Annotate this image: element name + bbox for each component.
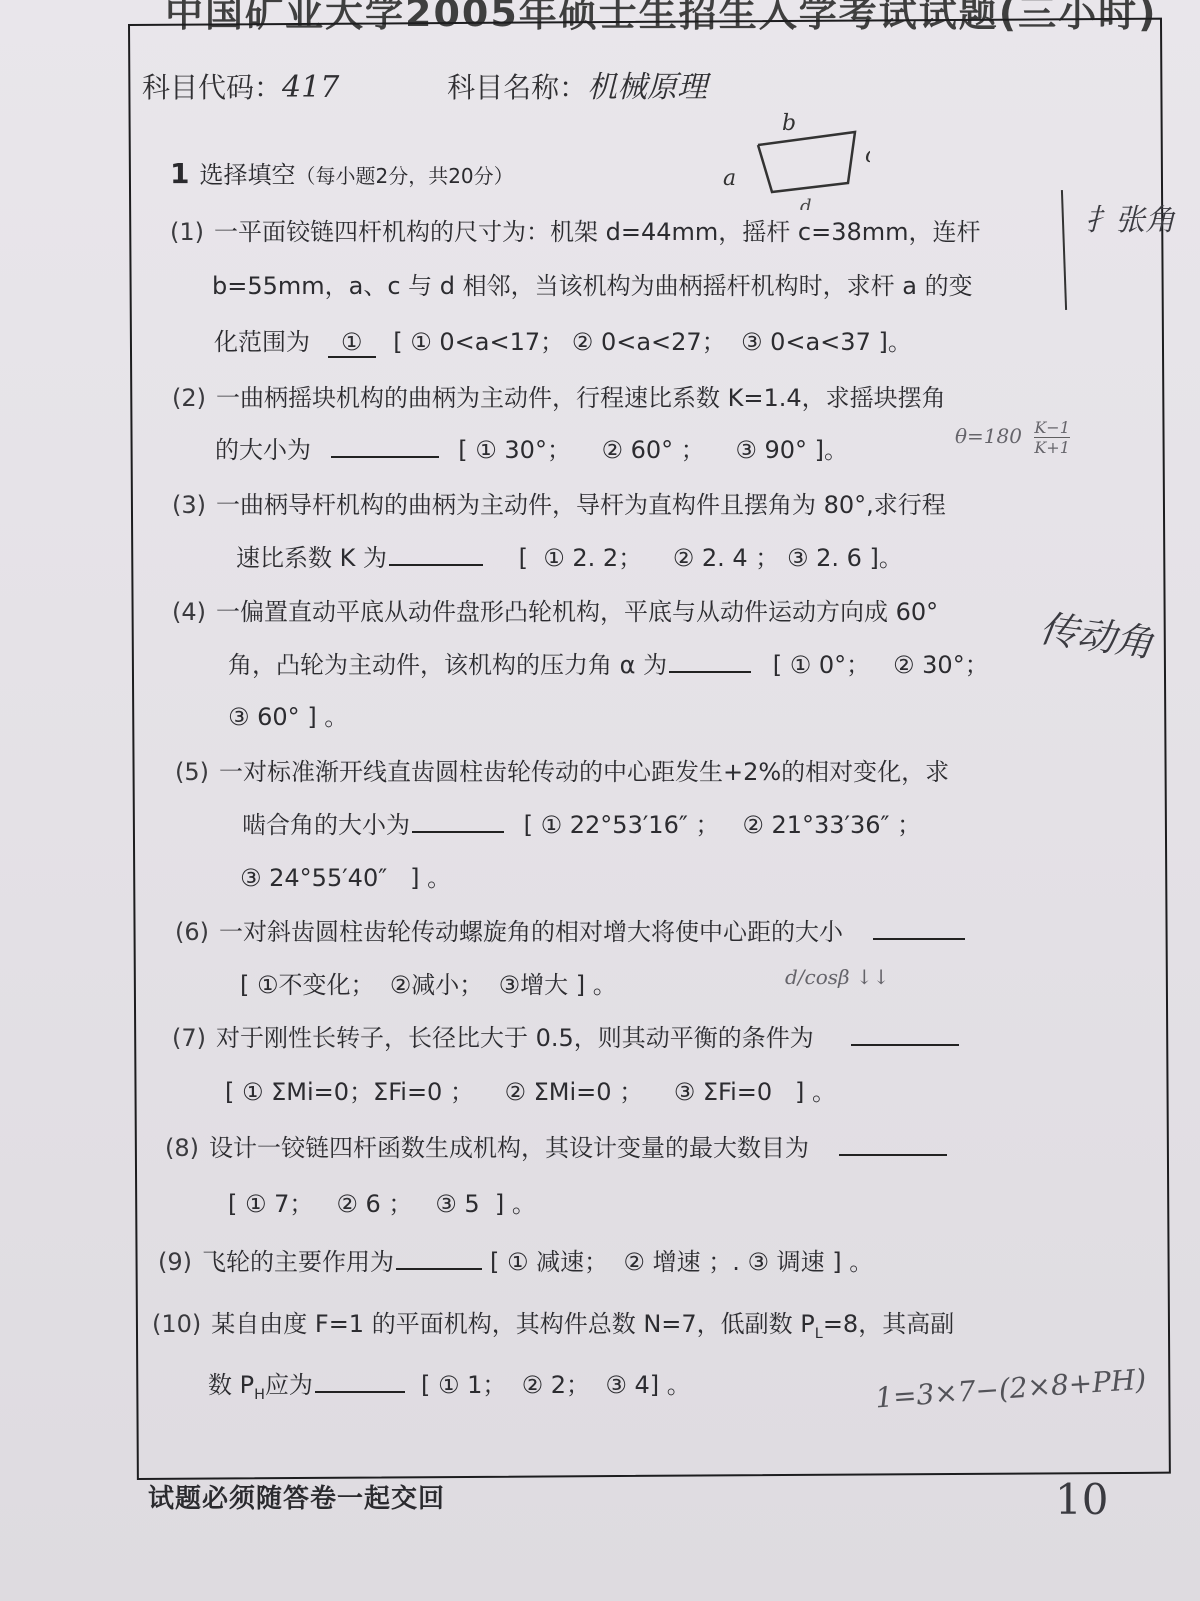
diagram-label-a: a (723, 166, 736, 191)
section-number: 1 (170, 157, 189, 190)
question-9-line-1: (9)飞轮的主要作用为[ ① 减速； ② 增速 ；. ③ 调速 ] 。 (158, 1242, 873, 1277)
question-9-option-1: ① 减速 (507, 1248, 584, 1276)
question-4-line-1: (4)一偏置直动平底从动件盘形凸轮机构，平底与从动件运动方向成 60° (172, 592, 938, 627)
question-8-line-2: [ ① 7； ② 6 ； ③ 5 ] 。 (228, 1184, 536, 1219)
page-number: 10 (1055, 1475, 1108, 1524)
question-7-line-2: [ ① ΣMi=0；ΣFi=0 ； ② ΣMi=0 ； ③ ΣFi=0 ] 。 (225, 1072, 836, 1107)
question-1-option-3: ③ 0<a<37 (741, 328, 871, 356)
question-6-line-2: [ ①不变化； ②减小； ③增大 ] 。 (240, 965, 617, 1000)
question-8-option-3: ③ 5 (435, 1190, 479, 1218)
question-4-option-2: ② 30° (893, 651, 965, 679)
question-1-line-3: 化范围为 ① [ ① 0<a<17； ② 0<a<27； ③ 0<a<37 ]。 (214, 322, 912, 358)
question-7-option-1: ① ΣMi=0；ΣFi=0 (242, 1078, 442, 1106)
four-bar-diagram-icon: b c a d (720, 100, 870, 210)
footer-note: 试题必须随答卷一起交回 (148, 1478, 445, 1515)
question-4-option-1: ① 0° (790, 651, 846, 679)
question-10-option-2: ② 2 (522, 1371, 566, 1399)
diagram-label-b: b (782, 111, 796, 136)
question-7-option-3: ③ ΣFi=0 (674, 1078, 772, 1106)
question-10-answer-blank (315, 1390, 405, 1393)
question-6-option-1: ①不变化 (257, 971, 351, 999)
question-1-line-1: (1)一平面铰链四杆机构的尺寸为：机架 d=44mm，摇杆 c=38mm，连杆 (170, 212, 981, 247)
question-9-answer-blank (396, 1267, 482, 1270)
question-4-line-2: 角，凸轮为主动件，该机构的压力角 α 为 [ ① 0°； ② 30°； (228, 645, 989, 680)
question-4-option-3: ③ 60° (228, 703, 300, 731)
question-3-option-1: ① 2. 2 (543, 544, 618, 572)
diagram-label-c: c (865, 143, 870, 168)
question-8-option-1: ① 7 (245, 1190, 289, 1218)
question-3-option-3: ③ 2. 6 (787, 544, 862, 572)
question-7-option-2: ② ΣMi=0 (505, 1078, 612, 1106)
question-4-line-3: ③ 60° ] 。 (228, 697, 348, 732)
question-4-answer-blank (669, 670, 751, 673)
note-q6: d/cosβ ↓↓ (785, 965, 889, 989)
question-1-option-1: ① 0<a<17 (410, 328, 540, 356)
question-5-option-1: ① 22°53′16″ (541, 811, 688, 839)
question-8-answer-blank (839, 1153, 947, 1156)
question-7-answer-blank (851, 1043, 959, 1046)
question-5-line-3: ③ 24°55′40″ ] 。 (240, 858, 451, 893)
section-title: 1选择填空（每小题2分，共20分） (170, 155, 514, 190)
subject-name-label: 科目名称： (447, 71, 587, 104)
subject-code-value: 417 (282, 70, 339, 105)
question-7-line-1: (7)对于刚性长转子，长径比大于 0.5，则其动平衡的条件为 (172, 1018, 959, 1053)
question-5-answer-blank (412, 830, 504, 833)
question-9-option-2: ② 增速 (623, 1248, 700, 1276)
margin-note-q1: 扌张角 (1085, 195, 1175, 239)
question-6-option-2: ②减小 (390, 971, 460, 999)
question-8-line-1: (8)设计一铰链四杆函数生成机构，其设计变量的最大数目为 (165, 1128, 947, 1163)
question-5-option-2: ② 21°33′36″ (742, 811, 889, 839)
question-10-option-1: ① 1 (438, 1371, 482, 1399)
question-10-line-1: (10)某自由度 F=1 的平面机构，其构件总数 N=7，低副数 PL=8，其高… (152, 1304, 954, 1342)
question-5-line-2: 啮合角的大小为 [ ① 22°53′16″ ； ② 21°33′36″ ； (242, 805, 921, 840)
question-2-line-1: (2)一曲柄摇块机构的曲柄为主动件，行程速比系数 K=1.4，求摇块摆角 (172, 378, 946, 413)
question-2-option-2: ② 60° (601, 436, 673, 464)
question-2-answer-blank (331, 455, 439, 458)
question-3-option-2: ② 2. 4 (673, 544, 748, 572)
question-3-line-2: 速比系数 K 为 [ ① 2. 2； ② 2. 4 ； ③ 2. 6 ]。 (236, 538, 903, 573)
question-3-answer-blank (389, 563, 483, 566)
question-9-option-3: ③ 调速 (747, 1248, 824, 1276)
question-5-option-3: ③ 24°55′40″ (240, 864, 387, 892)
question-2-option-1: ① 30° (475, 436, 547, 464)
section-note: （每小题2分，共20分） (295, 164, 513, 188)
subject-code-label: 科目代码： (142, 71, 282, 104)
question-3-line-1: (3)一曲柄导杆机构的曲柄为主动件，导杆为直构件且摆角为 80°,求行程 (172, 485, 946, 520)
question-1-option-2: ② 0<a<27 (572, 328, 702, 356)
question-10-option-3: ③ 4 (605, 1371, 649, 1399)
question-8-option-2: ② 6 (336, 1190, 380, 1218)
formula-q2: θ=180 K−1 K+1 (955, 418, 1070, 457)
question-1-answer-blank: ① (328, 328, 376, 358)
question-5-line-1: (5)一对标准渐开线直齿圆柱齿轮传动的中心距发生+2%的相对变化，求 (175, 752, 949, 787)
question-1-line-2: b=55mm，a、c 与 d 相邻，当该机构为曲柄摇杆机构时，求杆 a 的变 (212, 266, 973, 301)
question-2-option-3: ③ 90° (735, 436, 807, 464)
subject-row: 科目代码：417 科目名称：机械原理 (142, 62, 707, 106)
question-2-line-2: 的大小为 [ ① 30°； ② 60° ； ③ 90° ]。 (215, 430, 848, 465)
section-title-text: 选择填空 (199, 161, 295, 189)
question-6-option-3: ③增大 (499, 971, 569, 999)
subject-name-value: 机械原理 (587, 70, 707, 105)
question-6-line-1: (6)一对斜齿圆柱齿轮传动螺旋角的相对增大将使中心距的大小 (175, 912, 965, 947)
question-6-answer-blank (873, 937, 965, 940)
diagram-label-d: d (800, 196, 812, 210)
question-10-line-2: 数 PH应为[ ① 1； ② 2； ③ 4] 。 (208, 1365, 691, 1403)
